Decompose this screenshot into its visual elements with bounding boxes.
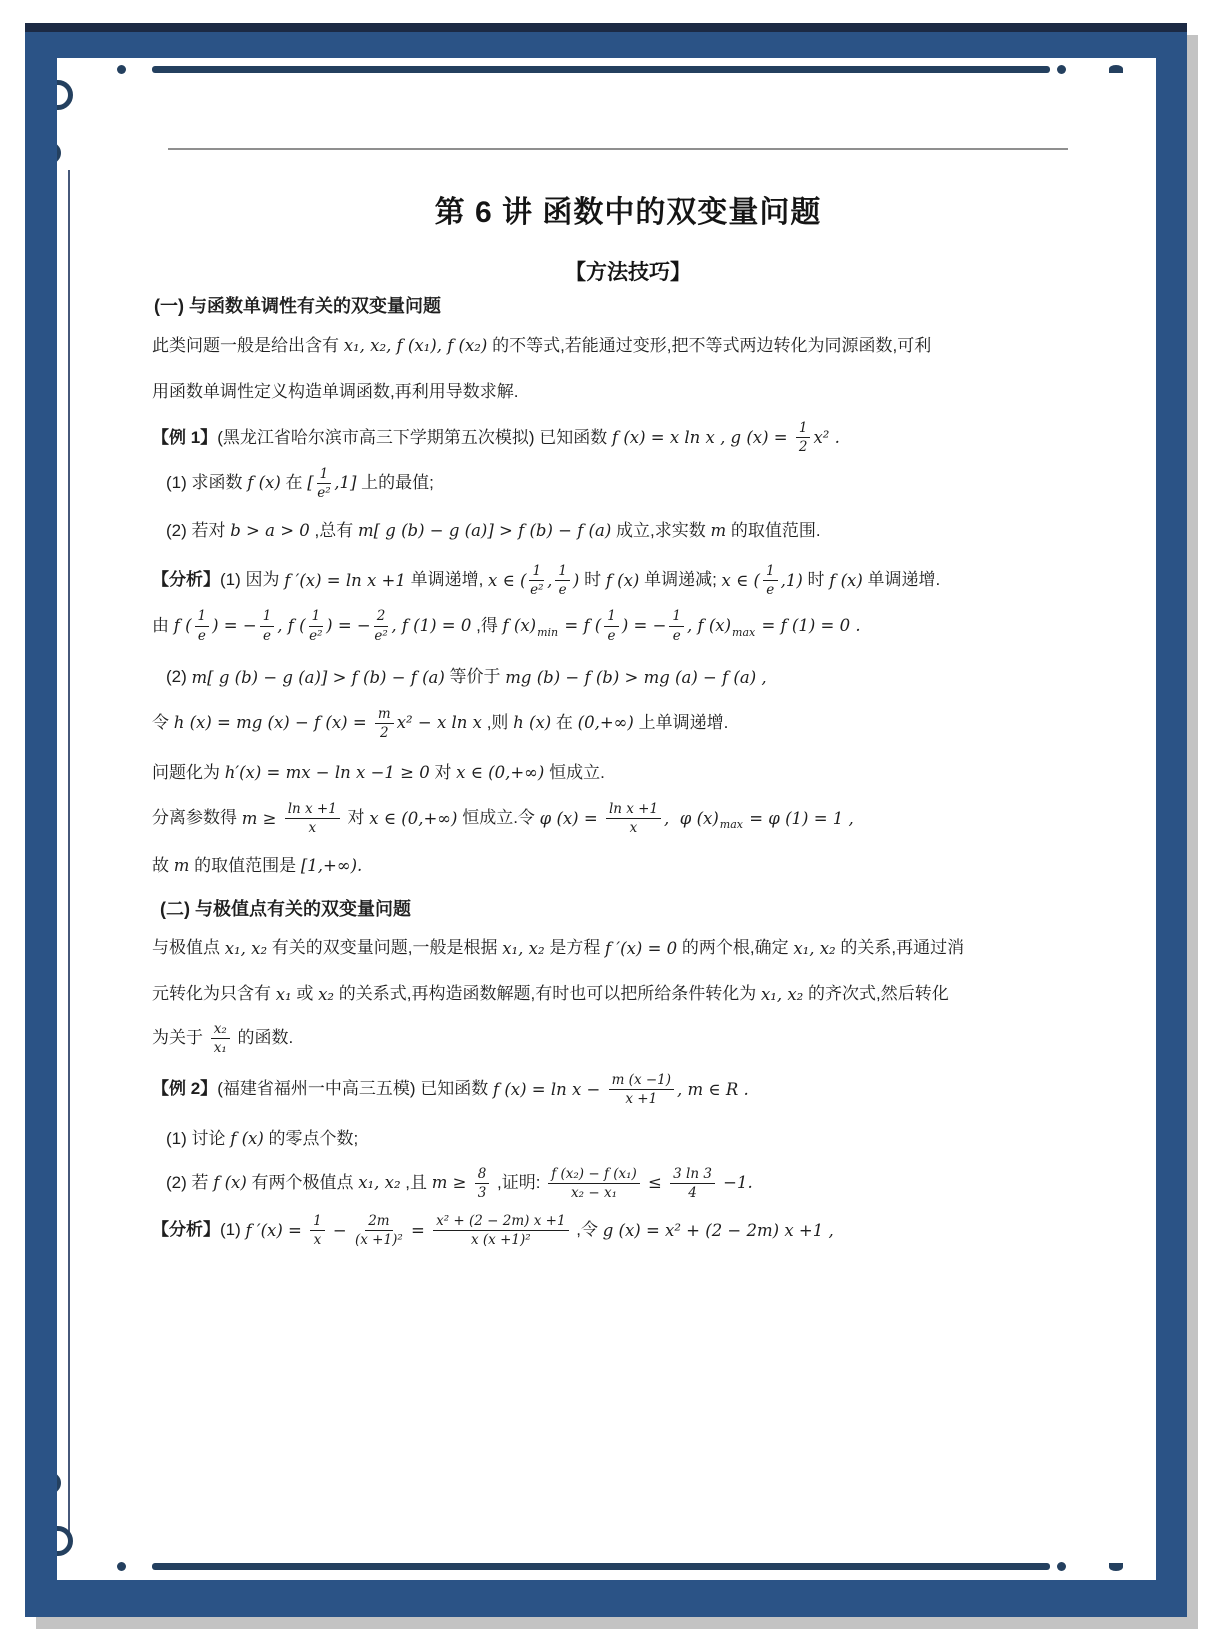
fraction: 1e xyxy=(669,608,684,643)
fraction-denominator: x xyxy=(630,819,638,836)
fraction-denominator: e xyxy=(198,627,206,644)
math-run: x₁, x₂ xyxy=(225,938,267,960)
fraction-numerator: 2 xyxy=(374,608,389,626)
bottom-left-corner-flourish-small xyxy=(57,1472,61,1494)
fraction-denominator: e xyxy=(608,627,616,644)
text-run: 的取值范围是 xyxy=(189,855,300,878)
bottom-left-corner-flourish xyxy=(57,1526,73,1556)
math-run: mg (b) − f (b) > mg (a) − f (a) , xyxy=(505,667,766,689)
bottom-ornament-bar xyxy=(152,1563,1050,1570)
fraction-numerator: m xyxy=(375,706,394,724)
subscript-run: max xyxy=(720,818,743,833)
fraction: 3 ln 34 xyxy=(670,1166,715,1201)
text-run: 的零点个数; xyxy=(264,1128,358,1151)
math-run: x ∈ (0,+∞) xyxy=(456,762,544,784)
fraction-denominator: x₁ xyxy=(214,1039,227,1056)
fraction-numerator: x₂ xyxy=(211,1021,230,1039)
fraction-denominator: 2 xyxy=(380,724,389,741)
content-line: 【分析】(1) f ′(x) = 1x − 2m(x +1)² = x² + (… xyxy=(152,1211,1104,1250)
math-run: , m ∈ R . xyxy=(677,1079,749,1101)
bottom-right-ornament-dot xyxy=(1057,1562,1066,1571)
fraction: f (x₂) − f (x₁)x₂ − x₁ xyxy=(548,1166,640,1201)
math-run: x₁, x₂ xyxy=(358,1172,400,1194)
fraction: 1e² xyxy=(529,563,544,598)
fraction-numerator: 1 xyxy=(195,608,210,626)
text-run: 用函数单调性定义构造单调函数,再利用导数求解. xyxy=(152,381,518,404)
text-run: (1) xyxy=(220,1219,246,1242)
text-run: 恒成立. xyxy=(544,762,604,785)
fraction-denominator: x +1 xyxy=(625,1090,657,1107)
content-line: (1) 求函数 f (x) 在 [1e²,1] 上的最值; xyxy=(152,464,1104,503)
fraction-denominator: 2 xyxy=(799,438,808,455)
text-run: (福建省福州一中高三五模) 已知函数 xyxy=(217,1078,493,1101)
bold-text-run: 【例 2】 xyxy=(152,1078,217,1101)
math-run: = φ (1) = 1 , xyxy=(744,808,854,830)
fraction-numerator: 8 xyxy=(475,1166,490,1184)
content-line: 为关于 x₂x₁ 的函数. xyxy=(152,1019,1104,1058)
text-run: 有两个极值点 xyxy=(247,1172,358,1195)
text-run: ,则 xyxy=(482,712,513,735)
text-run: 时 xyxy=(579,569,605,592)
text-run: 由 xyxy=(152,615,174,638)
math-run: (0,+∞) xyxy=(578,712,634,734)
math-run: f (x) xyxy=(829,570,863,592)
math-run: f (x) xyxy=(606,570,640,592)
math-run: x ∈ ( xyxy=(722,570,760,592)
fraction-denominator: 4 xyxy=(688,1184,697,1201)
math-run: f (x) = ln x − xyxy=(493,1079,606,1101)
text-run: 分离参数得 xyxy=(152,807,242,830)
text-run: 的齐次式,然后转化 xyxy=(803,983,948,1006)
text-run: 的关系式,再构造函数解题,有时也可以把所给条件转化为 xyxy=(334,983,761,1006)
math-run: −1. xyxy=(718,1172,753,1194)
text-run: 为关于 xyxy=(152,1027,208,1050)
top-right-ornament-arc xyxy=(1109,65,1123,73)
text-run: 的关系,再通过消 xyxy=(836,937,964,960)
fraction-numerator: 1 xyxy=(260,608,275,626)
text-run: (黑龙江省哈尔滨市高三下学期第五次模拟) 已知函数 xyxy=(217,427,612,450)
fraction-numerator: 1 xyxy=(317,466,332,484)
text-run: (2) xyxy=(166,666,192,689)
math-run: b > a > 0 xyxy=(230,520,310,542)
math-run: − xyxy=(328,1220,352,1242)
math-run: f (x) xyxy=(230,1128,264,1150)
math-run: f (x) xyxy=(247,472,281,494)
text-run: 时 xyxy=(803,569,829,592)
content-line: 用函数单调性定义构造单调函数,再利用导数求解. xyxy=(152,374,1104,410)
section-heading: (二) 与极值点有关的双变量问题 xyxy=(152,897,1104,921)
top-ornament-bar xyxy=(152,66,1050,73)
fraction-numerator: m (x −1) xyxy=(609,1072,674,1090)
content-line: 令 h (x) = mg (x) − f (x) = m2x² − x ln x… xyxy=(152,704,1104,743)
content-line: 元转化为只含有 x₁ 或 x₂ 的关系式,再构造函数解题,有时也可以把所给条件转… xyxy=(152,977,1104,1013)
content-line: 【例 2】(福建省福州一中高三五模) 已知函数 f (x) = ln x − m… xyxy=(152,1070,1104,1109)
subscript-run: max xyxy=(732,626,755,641)
math-run: m ≥ xyxy=(432,1172,472,1194)
fraction: 1e xyxy=(604,608,619,643)
fraction-numerator: 1 xyxy=(763,563,778,581)
text-run: 是方程 xyxy=(545,937,605,960)
math-run: ,1) xyxy=(781,570,803,592)
text-run: (2) 若 xyxy=(166,1172,213,1195)
bold-text-run: (二) 与极值点有关的双变量问题 xyxy=(160,897,411,921)
fraction: ln x +1x xyxy=(285,801,340,836)
fraction-denominator: (x +1)² xyxy=(355,1231,403,1248)
bold-text-run: (一) 与函数单调性有关的双变量问题 xyxy=(154,294,441,318)
content-line: 分离参数得 m ≥ ln x +1x 对 x ∈ (0,+∞) 恒成立.令 φ … xyxy=(152,799,1104,838)
fraction: 1e xyxy=(260,608,275,643)
math-run: ,1] xyxy=(334,472,356,494)
subscript-run: min xyxy=(537,626,558,641)
fraction-denominator: e² xyxy=(374,627,387,644)
math-run: f ( xyxy=(174,615,192,637)
text-run: 此类问题一般是给出含有 xyxy=(152,335,344,358)
math-run: f (x) xyxy=(213,1172,247,1194)
text-run: 在 xyxy=(281,472,307,495)
content-line: (2) 若 f (x) 有两个极值点 x₁, x₂ ,且 m ≥ 83 ,证明:… xyxy=(152,1164,1104,1203)
top-right-ornament-dot xyxy=(1057,65,1066,74)
fraction: ln x +1x xyxy=(606,801,661,836)
fraction-numerator: 1 xyxy=(796,420,811,438)
fraction-denominator: e xyxy=(263,627,271,644)
content-line: 与极值点 x₁, x₂ 有关的双变量问题,一般是根据 x₁, x₂ 是方程 f … xyxy=(152,931,1104,967)
fraction: 12 xyxy=(796,420,811,455)
math-run: , xyxy=(547,570,552,592)
text-run: 的函数. xyxy=(233,1027,293,1050)
fraction-denominator: 3 xyxy=(478,1184,487,1201)
fraction-denominator: e xyxy=(766,581,774,598)
math-run: m xyxy=(174,855,190,877)
text-run: ,证明: xyxy=(492,1172,545,1195)
text-run: 令 xyxy=(152,712,174,735)
text-run: (1) 因为 xyxy=(220,569,284,592)
content-line: 问题化为 h′(x) = mx − ln x −1 ≥ 0 对 x ∈ (0,+… xyxy=(152,755,1104,791)
text-run: ,得 xyxy=(471,615,502,638)
math-run: f ′(x) = 0 xyxy=(605,938,677,960)
text-run: ,总有 xyxy=(310,520,358,543)
fraction-numerator: 1 xyxy=(529,563,544,581)
math-run: f (x) = x ln x , g (x) = xyxy=(612,427,793,449)
math-run: x ∈ ( xyxy=(488,570,526,592)
top-left-ornament-dot xyxy=(117,65,126,74)
fraction-denominator: e² xyxy=(317,484,330,501)
text-run: 有关的双变量问题,一般是根据 xyxy=(267,937,502,960)
fraction: 2m(x +1)² xyxy=(355,1213,403,1248)
fraction: 1e² xyxy=(317,466,332,501)
fraction: 1e² xyxy=(309,608,324,643)
text-run: 的取值范围. xyxy=(726,520,820,543)
math-run: f ′(x) = ln x +1 xyxy=(284,570,406,592)
fraction-denominator: e xyxy=(673,627,681,644)
fraction-numerator: 1 xyxy=(604,608,619,626)
text-run: 上的最值; xyxy=(356,472,433,495)
content-line: 此类问题一般是给出含有 x₁, x₂, f (x₁), f (x₂) 的不等式,… xyxy=(152,328,1104,364)
fraction: 1e xyxy=(763,563,778,598)
text-run: ,令 xyxy=(572,1219,603,1242)
fraction: x² + (2 − 2m) x +1x (x +1)² xyxy=(433,1213,568,1248)
math-run: x² − x ln x xyxy=(397,712,482,734)
text-run: 在 xyxy=(551,712,577,735)
bottom-left-ornament-dot xyxy=(117,1562,126,1571)
math-run: h′(x) = mx − ln x −1 ≥ 0 xyxy=(225,762,430,784)
text-run: 恒成立.令 xyxy=(457,807,539,830)
text-run: 对 xyxy=(343,807,369,830)
text-run: (1) 讨论 xyxy=(166,1128,230,1151)
fraction-numerator: x² + (2 − 2m) x +1 xyxy=(433,1213,568,1231)
content-blocks: (一) 与函数单调性有关的双变量问题此类问题一般是给出含有 x₁, x₂, f … xyxy=(152,294,1104,1250)
math-run: x ∈ (0,+∞) xyxy=(369,808,457,830)
math-run: h (x) xyxy=(513,712,551,734)
math-run: = f ( xyxy=(559,615,601,637)
math-run: φ (x) = xyxy=(540,808,603,830)
text-run: 故 xyxy=(152,855,174,878)
text-run: 的两个根,确定 xyxy=(677,937,793,960)
text-run: 等价于 xyxy=(445,666,505,689)
section-subtitle: 【方法技巧】 xyxy=(152,256,1104,286)
page-title: 第 6 讲 函数中的双变量问题 xyxy=(152,187,1104,231)
text-run: 单调递减; xyxy=(639,569,721,592)
math-run: x₁, x₂ xyxy=(502,938,544,960)
content-line: 【例 1】(黑龙江省哈尔滨市高三下学期第五次模拟) 已知函数 f (x) = x… xyxy=(152,418,1104,457)
math-run: m[ g (b) − g (a)] > f (b) − f (a) xyxy=(192,667,445,689)
page-border-frame: 第 6 讲 函数中的双变量问题 【方法技巧】 (一) 与函数单调性有关的双变量问… xyxy=(25,23,1187,1617)
fraction: 1e xyxy=(555,563,570,598)
fraction-numerator: f (x₂) − f (x₁) xyxy=(548,1166,640,1184)
fraction: x₂x₁ xyxy=(211,1021,230,1056)
math-run: , f (1) = 0 xyxy=(391,615,471,637)
content-line: 故 m 的取值范围是 [1,+∞). xyxy=(152,849,1104,885)
fraction: m (x −1)x +1 xyxy=(609,1072,674,1107)
fraction-numerator: ln x +1 xyxy=(606,801,661,819)
fraction-denominator: x xyxy=(314,1231,322,1248)
math-run: h (x) = mg (x) − f (x) = xyxy=(174,712,372,734)
bottom-right-ornament-arc xyxy=(1109,1563,1123,1571)
math-run: = xyxy=(406,1220,430,1242)
fraction-denominator: e² xyxy=(530,581,543,598)
top-left-corner-flourish xyxy=(57,80,73,110)
fraction-denominator: x xyxy=(308,819,316,836)
math-run: , f ( xyxy=(277,615,305,637)
fraction: m2 xyxy=(375,706,394,741)
math-run: = f (1) = 0 . xyxy=(756,615,860,637)
bold-text-run: 【例 1】 xyxy=(152,427,217,450)
text-run: 单调递增, xyxy=(406,569,488,592)
text-run: 对 xyxy=(430,762,456,785)
document-content: 第 6 讲 函数中的双变量问题 【方法技巧】 (一) 与函数单调性有关的双变量问… xyxy=(57,148,1156,1250)
math-run: x₂ xyxy=(318,984,334,1006)
fraction-denominator: e² xyxy=(309,627,322,644)
math-run: x₁, x₂ xyxy=(761,984,803,1006)
fraction-numerator: 1 xyxy=(669,608,684,626)
text-run: 成立,求实数 xyxy=(611,520,710,543)
fraction-denominator: x₂ − x₁ xyxy=(571,1184,617,1201)
text-run: 单调递增. xyxy=(863,569,940,592)
fraction-numerator: 3 ln 3 xyxy=(670,1166,715,1184)
content-line: (2) m[ g (b) − g (a)] > f (b) − f (a) 等价… xyxy=(152,660,1104,696)
content-line: 由 f (1e) = −1e, f (1e²) = −2e², f (1) = … xyxy=(152,606,1104,645)
frame-dark-edge xyxy=(25,23,1187,32)
math-run: f ′(x) = xyxy=(246,1220,308,1242)
text-run: 的不等式,若能通过变形,把不等式两边转化为同源函数,可利 xyxy=(487,335,931,358)
fraction-numerator: ln x +1 xyxy=(285,801,340,819)
text-run: 元转化为只含有 xyxy=(152,983,276,1006)
math-run: ≤ xyxy=(643,1172,667,1194)
math-run: [1,+∞). xyxy=(301,855,362,877)
math-run: , φ (x) xyxy=(664,808,719,830)
math-run: , f (x) xyxy=(687,615,731,637)
fraction-denominator: e xyxy=(559,581,567,598)
math-run: x₁ xyxy=(276,984,292,1006)
fraction-numerator: 2m xyxy=(365,1213,392,1231)
math-run: g (x) = x² + (2 − 2m) x +1 , xyxy=(603,1220,834,1242)
fraction-numerator: 1 xyxy=(555,563,570,581)
text-run: 或 xyxy=(292,983,318,1006)
text-run: 问题化为 xyxy=(152,762,225,785)
math-run: ) = − xyxy=(622,615,667,637)
math-run: x₁, x₂, f (x₁), f (x₂) xyxy=(344,335,488,357)
math-run: m[ g (b) − g (a)] > f (b) − f (a) xyxy=(358,520,611,542)
content-line: (1) 讨论 f (x) 的零点个数; xyxy=(152,1122,1104,1158)
math-run: ) = − xyxy=(326,615,371,637)
page: 第 6 讲 函数中的双变量问题 【方法技巧】 (一) 与函数单调性有关的双变量问… xyxy=(57,58,1156,1580)
text-run: (2) 若对 xyxy=(166,520,230,543)
fraction: 83 xyxy=(475,1166,490,1201)
fraction: 1x xyxy=(310,1213,325,1248)
fraction: 2e² xyxy=(374,608,389,643)
bold-text-run: 【分析】 xyxy=(152,569,220,592)
text-run: 与极值点 xyxy=(152,937,225,960)
fraction-denominator: x (x +1)² xyxy=(471,1231,531,1248)
math-run: f (x) xyxy=(503,615,537,637)
bold-text-run: 【分析】 xyxy=(152,1219,220,1242)
math-run: m ≥ xyxy=(242,808,282,830)
content-line: 【分析】(1) 因为 f ′(x) = ln x +1 单调递增, x ∈ (1… xyxy=(152,561,1104,600)
content-line: (2) 若对 b > a > 0 ,总有 m[ g (b) − g (a)] >… xyxy=(152,513,1104,549)
fraction-numerator: 1 xyxy=(310,1213,325,1231)
fraction-numerator: 1 xyxy=(309,608,324,626)
math-run: ) = − xyxy=(212,615,257,637)
header-rule xyxy=(168,148,1068,150)
math-run: m xyxy=(710,520,726,542)
text-run: (1) 求函数 xyxy=(166,472,247,495)
section-heading: (一) 与函数单调性有关的双变量问题 xyxy=(152,294,1104,318)
math-run: x² . xyxy=(813,427,839,449)
text-run: 上单调递增. xyxy=(634,712,728,735)
fraction: 1e xyxy=(195,608,210,643)
math-run: [ xyxy=(307,472,313,494)
text-run: ,且 xyxy=(401,1172,432,1195)
math-run: x₁, x₂ xyxy=(793,938,835,960)
